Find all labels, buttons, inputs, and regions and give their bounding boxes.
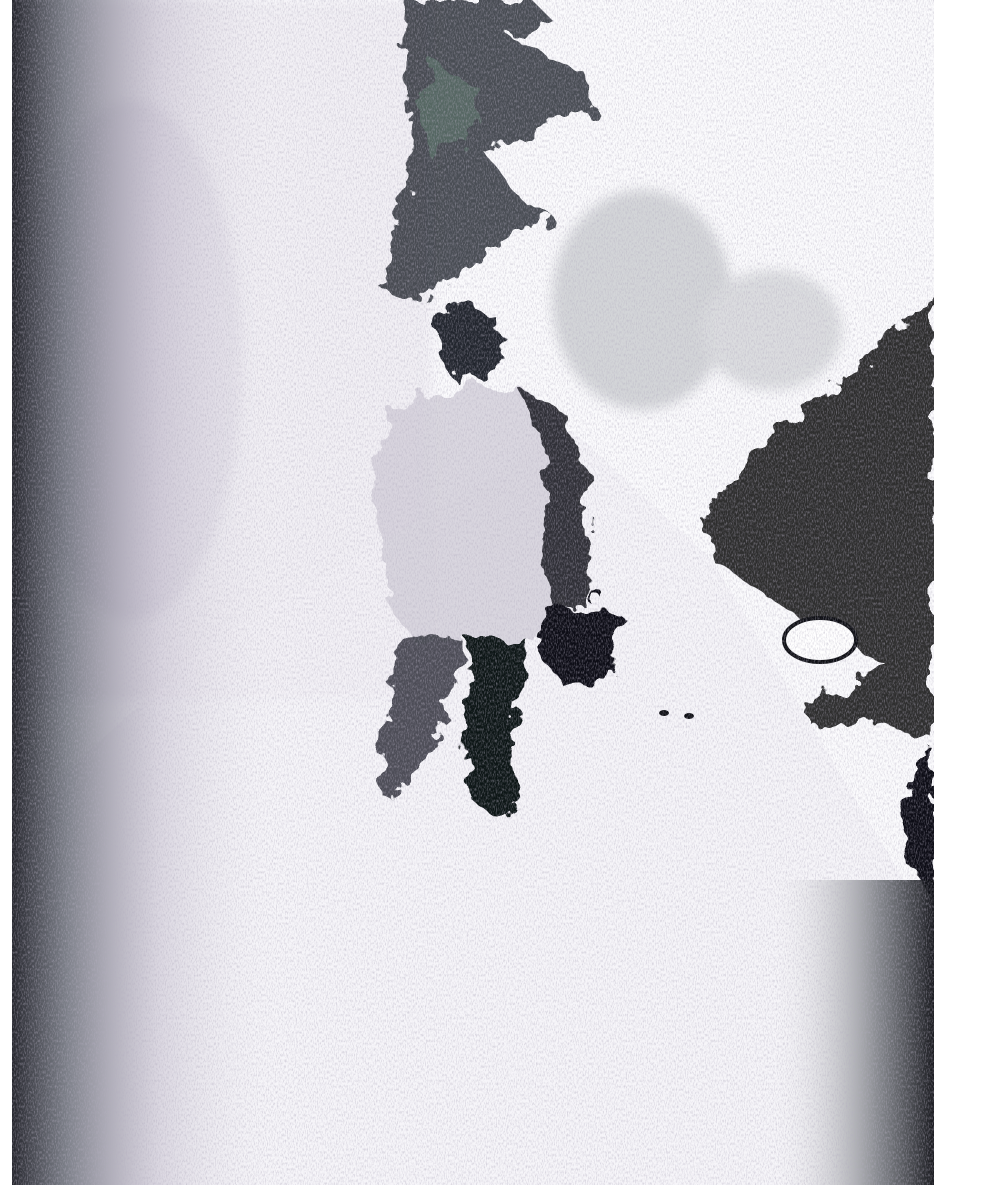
photo-scene [12, 0, 934, 1185]
scan-border-left [0, 0, 12, 1185]
scan-border-right [934, 0, 997, 1185]
photograph [12, 0, 934, 1185]
photo-frame [0, 0, 997, 1185]
film-grain [12, 0, 934, 1185]
